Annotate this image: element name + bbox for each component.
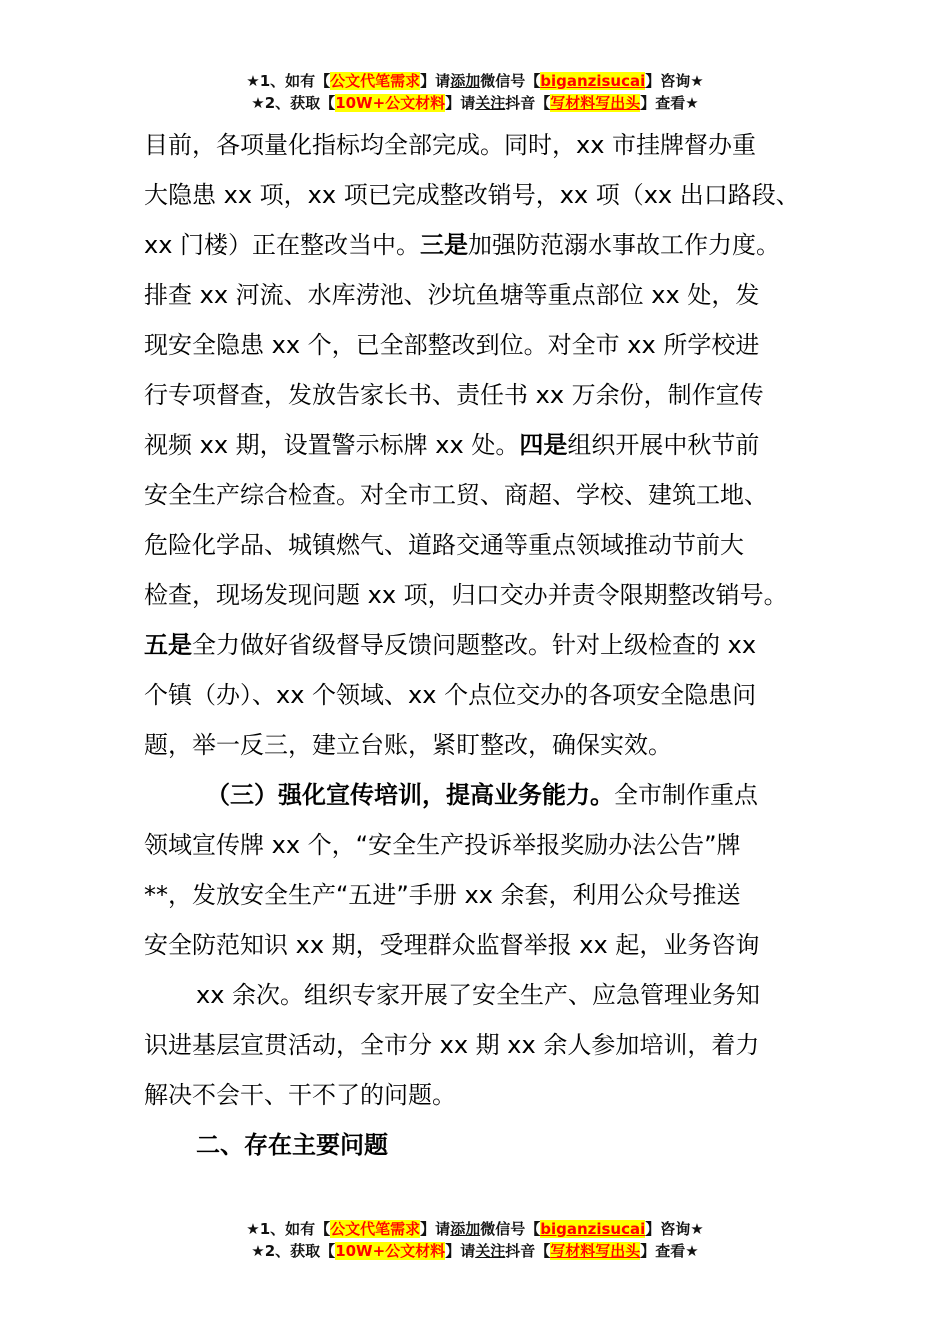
text-line: 安全生产综合检查。对全市工贸、商超、学校、建筑工地、 <box>144 470 824 520</box>
promo-banner-bottom: ★1、如有【公文代笔需求】请添加微信号【biganzisucai】咨询★ ★2、… <box>0 1218 950 1262</box>
promo-line-1: ★1、如有【公文代笔需求】请添加微信号【biganzisucai】咨询★ <box>0 70 950 92</box>
promo-wechat-id: biganzisucai <box>540 72 645 90</box>
promo-douyin-id: 写材料写出头 <box>550 94 640 112</box>
text-line: **，发放安全生产“五进”手册 xx 余套，利用公众号推送 <box>144 870 824 920</box>
document-body: 目前，各项量化指标均全部完成。同时，xx 市挂牌督办重 大隐患 xx 项，xx … <box>144 120 824 1170</box>
promo-line-2: ★2、获取【10W+公文材料】请关注抖音【写材料写出头】查看★ <box>0 92 950 114</box>
text-line: 领域宣传牌 xx 个，“安全生产投诉举报奖励办法公告”牌 <box>144 820 824 870</box>
text-line: 目前，各项量化指标均全部完成。同时，xx 市挂牌督办重 <box>144 120 824 170</box>
section-heading: 二、存在主要问题 <box>144 1120 824 1170</box>
text-line: 现安全隐患 xx 个，已全部整改到位。对全市 xx 所学校进 <box>144 320 824 370</box>
promo-wechat-id: biganzisucai <box>540 1220 645 1238</box>
text-line: xx 余次。组织专家开展了安全生产、应急管理业务知 <box>144 970 824 1020</box>
section-subheading: （三）强化宣传培训，提高业务能力。 <box>206 781 614 809</box>
text-line: 行专项督查，发放告家长书、责任书 xx 万余份，制作宣传 <box>144 370 824 420</box>
text-line: 大隐患 xx 项，xx 项已完成整改销号，xx 项（xx 出口路段、 <box>144 170 824 220</box>
text-line: 排查 xx 河流、水库涝池、沙坑鱼塘等重点部位 xx 处，发 <box>144 270 824 320</box>
promo-highlight-materials: 10W+公文材料 <box>335 94 445 112</box>
text-line: 检查，现场发现问题 xx 项，归口交办并责令限期整改销号。 <box>144 570 824 620</box>
text-line: 视频 xx 期，设置警示标牌 xx 处。四是组织开展中秋节前 <box>144 420 824 470</box>
bold-lead: 四是 <box>519 431 567 459</box>
promo-line-2: ★2、获取【10W+公文材料】请关注抖音【写材料写出头】查看★ <box>0 1240 950 1262</box>
text-line: 解决不会干、干不了的问题。 <box>144 1070 824 1120</box>
text-line: 识进基层宣贯活动，全市分 xx 期 xx 余人参加培训，着力 <box>144 1020 824 1070</box>
promo-douyin-id: 写材料写出头 <box>550 1242 640 1260</box>
text-line: 个镇（办）、xx 个领域、xx 个点位交办的各项安全隐患问 <box>144 670 824 720</box>
section-subheading-line: （三）强化宣传培训，提高业务能力。全市制作重点 <box>144 770 824 820</box>
bold-lead: 三是 <box>420 231 468 259</box>
promo-banner-top: ★1、如有【公文代笔需求】请添加微信号【biganzisucai】咨询★ ★2、… <box>0 70 950 114</box>
text-line: 危险化学品、城镇燃气、道路交通等重点领域推动节前大 <box>144 520 824 570</box>
text-line: xx 门楼）正在整改当中。三是加强防范溺水事故工作力度。 <box>144 220 824 270</box>
text-line: 安全防范知识 xx 期，受理群众监督举报 xx 起，业务咨询 <box>144 920 824 970</box>
text-line: 五是全力做好省级督导反馈问题整改。针对上级检查的 xx <box>144 620 824 670</box>
promo-highlight-materials: 10W+公文材料 <box>335 1242 445 1260</box>
promo-line-1: ★1、如有【公文代笔需求】请添加微信号【biganzisucai】咨询★ <box>0 1218 950 1240</box>
promo-highlight-service: 公文代笔需求 <box>330 1220 420 1238</box>
bold-lead: 五是 <box>144 631 192 659</box>
text-line: 题，举一反三，建立台账，紧盯整改，确保实效。 <box>144 720 824 770</box>
promo-highlight-service: 公文代笔需求 <box>330 72 420 90</box>
